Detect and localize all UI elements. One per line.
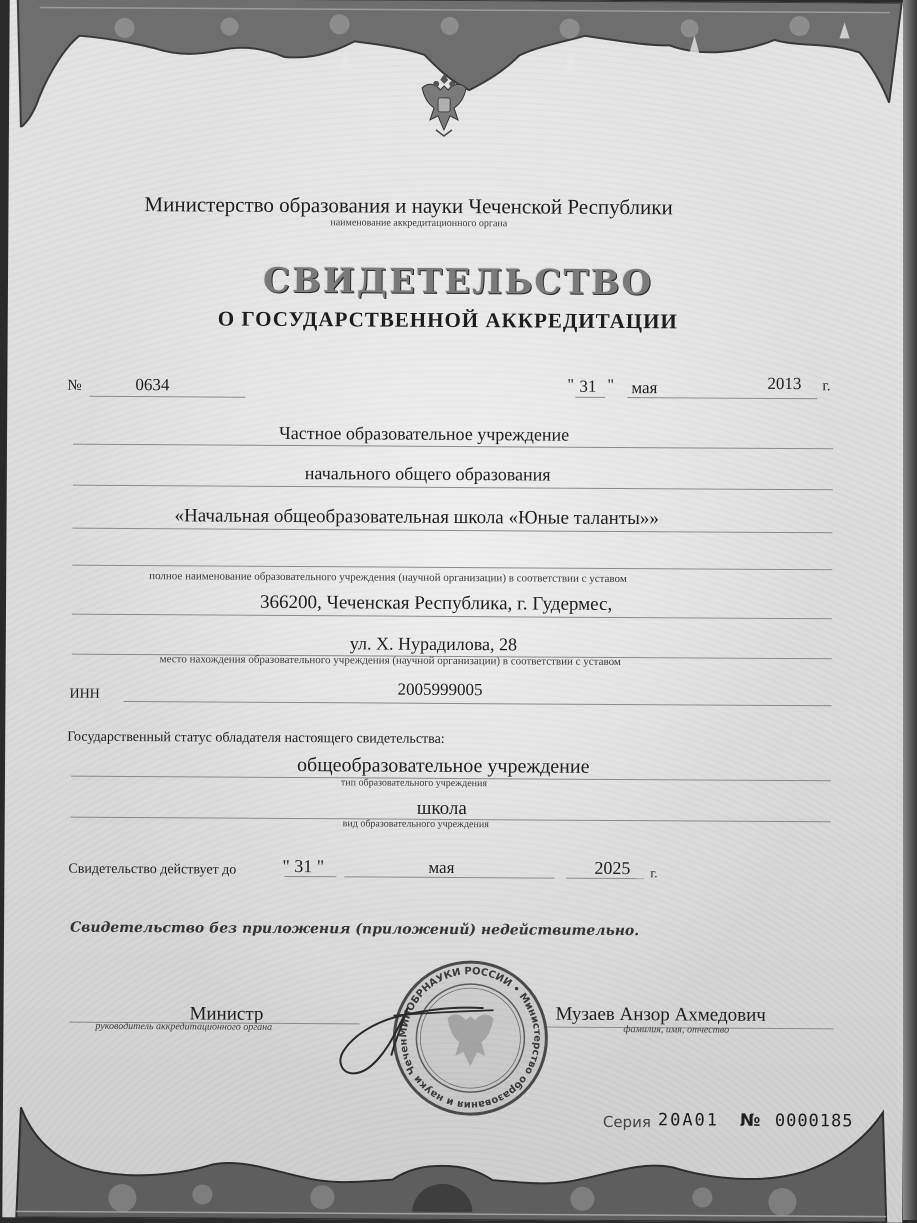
- inn-value: 2005999005: [397, 680, 482, 701]
- validity-day-underline: [284, 876, 336, 877]
- accreditation-authority: Министерство образования и науки Чеченск…: [144, 192, 672, 220]
- number-sign: №: [67, 378, 81, 395]
- inn-label: ИНН: [69, 687, 99, 703]
- org-name-caption: полное наименование образовательного учр…: [149, 570, 627, 585]
- quote-open: ": [567, 377, 574, 395]
- institution-type-caption: тип образовательного учреждения: [341, 777, 487, 789]
- month-year-underline: [627, 397, 817, 399]
- address-line-2: ул. Х. Нурадилова, 28: [350, 633, 517, 655]
- validity-year-underline: [566, 878, 644, 879]
- validity-day: " 31 ": [282, 856, 324, 877]
- status-label: Государственный статус обладателя настоя…: [67, 730, 445, 748]
- signer-title-caption: руководитель аккредитационного органа: [95, 1021, 272, 1033]
- institution-kind: школа: [417, 798, 467, 820]
- day-underline: [575, 397, 605, 398]
- validity-year-suffix: г.: [650, 865, 657, 881]
- quote-close: ": [607, 377, 614, 395]
- org-name-line-1: Частное образовательное учреждение: [279, 423, 569, 446]
- bottom-ornament-border: [2, 1097, 903, 1220]
- issue-year-suffix: г.: [822, 378, 830, 395]
- handwritten-signature: [333, 999, 513, 1080]
- org-name-line-2: начального общего образования: [305, 463, 551, 486]
- page-edge-shadow: [903, 0, 917, 1220]
- authority-caption: наименование аккредитационного органа: [330, 217, 507, 229]
- russian-coat-of-arms-icon: [414, 70, 474, 140]
- signer-name-caption: фамилия, имя, отчество: [623, 1024, 729, 1036]
- document-subtitle: О ГОСУДАРСТВЕННОЙ АККРЕДИТАЦИИ: [218, 307, 678, 335]
- validity-label: Свидетельство действует до: [68, 862, 236, 879]
- number-underline: [89, 396, 245, 398]
- document-title: СВИДЕТЕЛЬСТВО: [8, 259, 908, 304]
- certificate-page: Министерство образования и науки Чеченск…: [2, 0, 909, 1220]
- address-caption: место нахождения образовательного учрежд…: [160, 653, 621, 668]
- certificate-number: 0634: [135, 375, 169, 395]
- institution-kind-caption: вид образовательного учреждения: [343, 818, 489, 830]
- validity-notice: Свидетельство без приложения (приложений…: [70, 920, 639, 939]
- rule: [73, 485, 833, 491]
- issue-year: 2013: [767, 374, 801, 394]
- validity-month: мая: [428, 858, 454, 878]
- org-name-line-3: «Начальная общеобразовательная школа «Юн…: [175, 505, 660, 530]
- inn-underline: [123, 701, 831, 706]
- issue-day: 31: [579, 377, 596, 397]
- address-line-1: 366200, Чеченская Республика, г. Гудерме…: [260, 592, 612, 616]
- validity-year: 2025: [594, 858, 630, 879]
- institution-type: общеобразовательное учреждение: [297, 754, 590, 779]
- issue-month: мая: [631, 378, 657, 398]
- validity-month-underline: [344, 876, 554, 878]
